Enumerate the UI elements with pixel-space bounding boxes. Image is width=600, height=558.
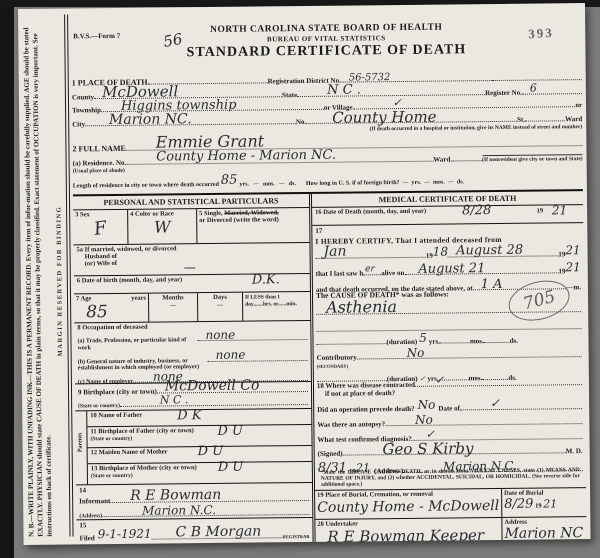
us-ds-dash: — (448, 180, 454, 187)
lastsaw-text-1: that I last saw h (316, 270, 364, 278)
length-label: Length of residence in city or town wher… (73, 182, 219, 190)
contributory-label: Contributory (317, 354, 357, 362)
occupation-a-line: none (197, 331, 307, 341)
stamp-number: 393 (527, 25, 553, 43)
us-mos-label: mos. (433, 180, 445, 187)
father-birthplace-label: 11 Birthplace of Father (city or town) (90, 428, 193, 436)
mos-label: mos. (263, 181, 275, 188)
occupation-block: 8 Occupation of deceased (a) Trade, Prof… (74, 321, 311, 384)
reg-district-line: 56-5732 (341, 72, 492, 83)
informant-address-row: (Address) Marion N.C. (79, 506, 309, 519)
mos-dash: — (253, 182, 259, 189)
birthplace-block: 9 Birthplace (city or town) McDowell Co … (75, 382, 311, 411)
age-cell: 7 Age years 85 (74, 294, 149, 323)
residence-label-stack: (a) Residence. No. (Usual place of abode… (73, 160, 127, 176)
certificate-paper: N. B.—WRITE PLAINLY, WITH UNFADING INK—T… (18, 3, 591, 545)
age-row: 7 Age years 85 Months — Days — If LESS t… (74, 292, 310, 323)
filed-number: 15 (79, 522, 86, 530)
us-yrs-label: yrs. (411, 180, 421, 187)
signed-label: (Signed) (318, 451, 343, 459)
occupation-a-value: none (205, 329, 235, 342)
mother-birthplace-value: D U (218, 460, 244, 475)
birthplace-label: 9 Birthplace (city or town) (78, 389, 157, 398)
state-line: N C . (297, 86, 485, 97)
scan-edge-left (0, 0, 14, 558)
us-ds-label: ds. (457, 179, 464, 186)
birthplace-state-label: (State or country) (78, 403, 120, 409)
dotted-line (440, 335, 470, 344)
autopsy-row: Was there an autopsy? No (317, 415, 582, 429)
months-value: — (151, 302, 195, 310)
dotted-line (484, 334, 510, 343)
test-value: ✓ (426, 428, 435, 440)
father-birthplace-value: D U (217, 424, 243, 439)
full-name-line: Emmie Grant (126, 134, 583, 151)
sex-value: F (74, 215, 127, 243)
undertaker-value: R E Bowman Keeper (327, 526, 499, 545)
occupation-a-row: (a) Trade, Profession, or particular kin… (77, 331, 307, 352)
dotted-line (452, 152, 482, 161)
form-header: B.V.S.—Form 7 NORTH CAROLINA STATE BOARD… (71, 5, 582, 74)
state-value: N C . (327, 83, 361, 98)
md-label: M. D. (566, 448, 583, 456)
filed-label: Filed (80, 536, 95, 544)
ds-dash: — (279, 181, 285, 188)
occupation-b-value: none (216, 349, 246, 362)
birthplace-state-line: N C . (120, 396, 308, 407)
institution-value: County Home (332, 108, 436, 126)
race-value: W (130, 218, 194, 238)
disease-contracted-stack: 18 Where was disease contracted if not a… (317, 382, 415, 398)
informant-block: 14 Informant R E Bowman (Address) Marion… (76, 483, 312, 520)
operation-label: Did an operation precede death? (317, 406, 415, 415)
from-value: Jan (323, 245, 346, 261)
footnote-block: *State the DISEASE CAUSING DEATH, or in … (315, 465, 586, 491)
city-value: Marion NC. (109, 112, 192, 128)
lastsaw-value: August 21 (418, 262, 485, 277)
parents-rows: 10 Name of Father D K 11 Birthplace of F… (87, 409, 312, 484)
length-value: 85 (221, 174, 238, 188)
informant-address-line: Marion N.C. (102, 506, 309, 517)
undertaker-cell: 20 Undertaker R E Bowman Keeper (315, 518, 502, 545)
ds-label: ds. (289, 181, 296, 188)
undertaker-address-value: Marion NC (504, 525, 584, 542)
burial-date-value: 8/29 (504, 497, 533, 512)
city-line: Marion NC. (85, 115, 296, 126)
birthplace-state-row: (State or country) N C . (78, 396, 308, 409)
date-of-death-label: 16 Date of Death (month, day, and year) (315, 208, 426, 216)
undertaker-address-cell: Address Marion NC (502, 517, 586, 544)
burial-date-stack: 8/29 19 21 (504, 496, 584, 512)
lastsaw-line: August 21 (404, 264, 558, 275)
contributory-line: No (357, 348, 582, 359)
lastsaw-fill-line: er (363, 266, 381, 275)
occupation-b-row: (b) General nature of industry, business… (78, 352, 308, 373)
handwritten-cert-number: 56 (162, 30, 184, 51)
certify-row2: Jan 19 18 August 28 19 21 (315, 246, 580, 262)
burial-place-cell: 19 Place of Burial, Cremation, or remova… (315, 489, 502, 519)
residence-label: (a) Residence. No. (73, 159, 127, 168)
occupation-label: 8 Occupation of deceased (77, 322, 307, 331)
disease-contracted-row: 18 Where was disease contracted if not a… (317, 376, 582, 398)
burial-place-value: County Home - McDowell (317, 498, 499, 516)
disease-contracted-line: ✓ (415, 376, 582, 387)
us-mos-dash: — (424, 180, 430, 187)
marital-label-2: or Divorced (write the word) (199, 217, 279, 225)
informant-label: Informant (79, 498, 110, 506)
duration-value: 5 (419, 332, 427, 345)
mother-birthplace-row: 13 Birthplace of Mother (city or town) D… (88, 462, 312, 484)
margin-nb-note: N. B.—WRITE PLAINLY, WITH UNFADING INK—T… (22, 17, 59, 537)
undertaker-row: 20 Undertaker R E Bowman Keeper Address … (315, 517, 586, 545)
medical-column: MEDICAL CERTIFICATE OF DEATH 16 Date of … (312, 191, 587, 545)
parents-label: Parents (77, 413, 84, 473)
county-line: McDowell (94, 88, 282, 99)
filed-date-value: 9-1-1921 (98, 528, 152, 542)
birthdate-label: 6 Date of birth (month, day, and year) (77, 277, 182, 285)
mother-name-label: 12 Maiden Name of Mother (91, 449, 168, 457)
burial-19: 19 (535, 503, 542, 510)
lastsaw-19: 19 (558, 268, 565, 276)
mother-birthplace-label: 13 Birthplace of Mother (city or town) (91, 465, 197, 473)
duration-ds: ds. (510, 338, 518, 346)
city-label: City (72, 121, 85, 129)
autopsy-label: Was there an autopsy? (317, 421, 385, 429)
sex-cell: 3 Sex F (73, 210, 128, 245)
operation-row: Did an operation precede death? No Date … (317, 399, 582, 415)
informant-number: 14 (79, 487, 86, 495)
register-no-label: Register No. (485, 90, 522, 98)
burial-place-label: 19 Place of Burial, Cremation, or remova… (317, 491, 433, 499)
physician-signature: Geo S Kirby (382, 440, 473, 457)
from-19: 19 (426, 252, 433, 260)
institution-line: County Home (306, 113, 517, 124)
residence-row: (a) Residence. No. (Usual place of abode… (73, 151, 583, 176)
operation-value: No (418, 398, 436, 411)
registrar-line: C B Morgan (152, 530, 283, 540)
less-than-day-label: If LESS than 1 day,......hrs. or......mi… (245, 295, 297, 308)
less-than-day-cell: If LESS than 1 day,......hrs. or......mi… (243, 292, 310, 321)
to-value: August 28 (456, 244, 523, 259)
marital-cell: 5 Single, Married, Widowed, or Divorced … (197, 208, 309, 243)
lastsaw-fill: er (365, 265, 375, 275)
informant-line: R E Bowman (110, 492, 309, 503)
burial-row: 19 Place of Burial, Cremation, or remova… (315, 488, 586, 520)
operation-date-value: ✓ (490, 397, 500, 410)
howlong-label: How long in U. S. if of foreign birth? (306, 180, 400, 188)
sex-race-marital-row: 3 Sex F 4 Color or Race W 5 Single, Marr… (73, 208, 309, 245)
to-year-value: 21 (565, 244, 580, 257)
filed-block: 15 Filed 9-1-1921 C B Morgan REGISTRAR (76, 518, 312, 545)
disease-contracted-value: ✓ (435, 375, 444, 387)
days-cell: Days — (198, 293, 243, 321)
informant-value: R E Bowman (130, 488, 221, 504)
father-state-label: (State or country) (90, 436, 132, 442)
certify-row3: that I last saw h er alive on August 21 … (316, 263, 581, 279)
registrar-label: REGISTRAR (283, 535, 310, 540)
us-yrs-dash: — (402, 180, 408, 187)
signed-row: (Signed) Geo S Kirby M. D. (318, 444, 583, 458)
months-cell: Months — (149, 294, 198, 323)
birthdate-value: D.K. (252, 273, 280, 288)
cause-duration-row: (duration) 5 yrs. mos. ds. (316, 332, 581, 348)
burial-date-cell: Date of Burial 8/29 19 21 (502, 488, 586, 517)
from-year-value: 18 (433, 245, 448, 258)
dotted-line (316, 336, 386, 346)
autopsy-value: No (415, 413, 433, 426)
birthplace-state-value: N C . (160, 394, 189, 406)
disease-contracted-label2: if not at place of death? (317, 389, 395, 398)
duration-mos: mos. (470, 339, 484, 347)
residence-ward-label: Ward. (433, 156, 452, 164)
father-name-label: 10 Name of Father (90, 412, 142, 420)
certificate-form: B.V.S.—Form 7 NORTH CAROLINA STATE BOARD… (71, 5, 587, 542)
burial-year-value: 21 (543, 498, 557, 511)
dod-year-value: 21 (552, 204, 567, 218)
occupation-b-line: none (208, 352, 308, 362)
contributory-block: Contributory (SECONDARY) No (duration) ✓… (314, 347, 585, 378)
filed-row: Filed 9-1-1921 C B Morgan REGISTRAR (79, 528, 309, 544)
occupation-b-label: (b) General nature of industry, business… (78, 358, 208, 373)
age-value: 85 (86, 302, 146, 323)
mother-state-label: (State or country) (91, 473, 133, 479)
township-label: Township (72, 108, 101, 116)
cause-block: The CAUSE OF DEATH* was as follows: 705 … (313, 287, 585, 350)
contributory-label-stack: Contributory (SECONDARY) (317, 355, 357, 371)
autopsy-line: No (385, 415, 582, 426)
residence-line: County Home - Marion NC. (126, 152, 433, 164)
register-no-value: 6 (530, 82, 537, 94)
secondary-label: (SECONDARY) (317, 364, 348, 369)
ward-label: Ward (565, 116, 582, 124)
parents-vertical-label: Parents (75, 412, 88, 485)
dod-19-label: 19 (537, 208, 544, 215)
dotted-line (492, 71, 582, 81)
operation-date-line: ✓ (460, 400, 582, 410)
mother-name-value: D U (198, 444, 224, 459)
informant-address-value: Marion N.C. (142, 504, 216, 518)
lastsaw-text-2: alive on (381, 270, 404, 278)
footnote-text: *State the DISEASE CAUSING DEATH, or in … (321, 468, 580, 489)
to-line: August 28 (448, 247, 558, 257)
certify-number: 17 (315, 224, 580, 235)
contributory-value: No (407, 347, 425, 360)
occupation-a-label: (a) Trade, Profession, or particular kin… (77, 338, 197, 352)
operation-date-label: Date of (438, 405, 460, 413)
nonresident-note: (If nonresident give city or town and St… (482, 154, 583, 163)
st-label: St. (517, 117, 525, 125)
county-label: County (72, 94, 94, 102)
scanned-death-certificate: { "margin": { "binding_note": "MARGIN RE… (0, 0, 600, 558)
state-label: State (282, 92, 297, 100)
full-name-label: 2 FULL NAME (72, 145, 125, 154)
father-name-value: D K (177, 408, 201, 423)
personal-column: PERSONAL AND STATISTICAL PARTICULARS 3 S… (73, 194, 316, 545)
informant-address-label: (Address) (79, 513, 102, 519)
date-of-death-value: 8/28 (462, 203, 491, 218)
abode-note: (Usual place of abode) (73, 168, 125, 175)
question-18-block: 18 Where was disease contracted if not a… (314, 375, 586, 468)
dotted-line (316, 320, 581, 332)
sex-label: 3 Sex (75, 212, 90, 219)
birthplace-row: 9 Birthplace (city or town) McDowell Co (78, 383, 308, 397)
residence-value: County Home - Marion NC. (156, 149, 336, 165)
or-label: or (575, 103, 582, 111)
length-of-residence-row: Length of residence in city or town wher… (73, 172, 583, 192)
columns: PERSONAL AND STATISTICAL PARTICULARS 3 S… (73, 189, 587, 545)
contributory-row: Contributory (SECONDARY) No (317, 348, 582, 370)
signed-line: Geo S Kirby (342, 445, 565, 456)
duration-yrs: yrs. (429, 339, 440, 347)
yrs-label: yrs. (239, 182, 249, 189)
parents-block: Parents 10 Name of Father D K 11 Birthpl… (75, 409, 312, 485)
registrar-signature: C B Morgan (176, 524, 262, 540)
days-value: — (200, 301, 240, 309)
race-cell: 4 Color or Race W (128, 210, 197, 245)
spouse-value: — (184, 261, 196, 275)
lastsaw-year-value: 21 (565, 261, 580, 274)
dotted-line (525, 112, 565, 121)
cause-value: Asthenia (326, 298, 397, 316)
street-no-label: No. (296, 119, 306, 127)
age-years-label: years (131, 295, 146, 302)
cause-empty-line-row (316, 320, 581, 332)
from-line: Jan (315, 248, 425, 258)
register-no-line: 6 (522, 85, 582, 95)
